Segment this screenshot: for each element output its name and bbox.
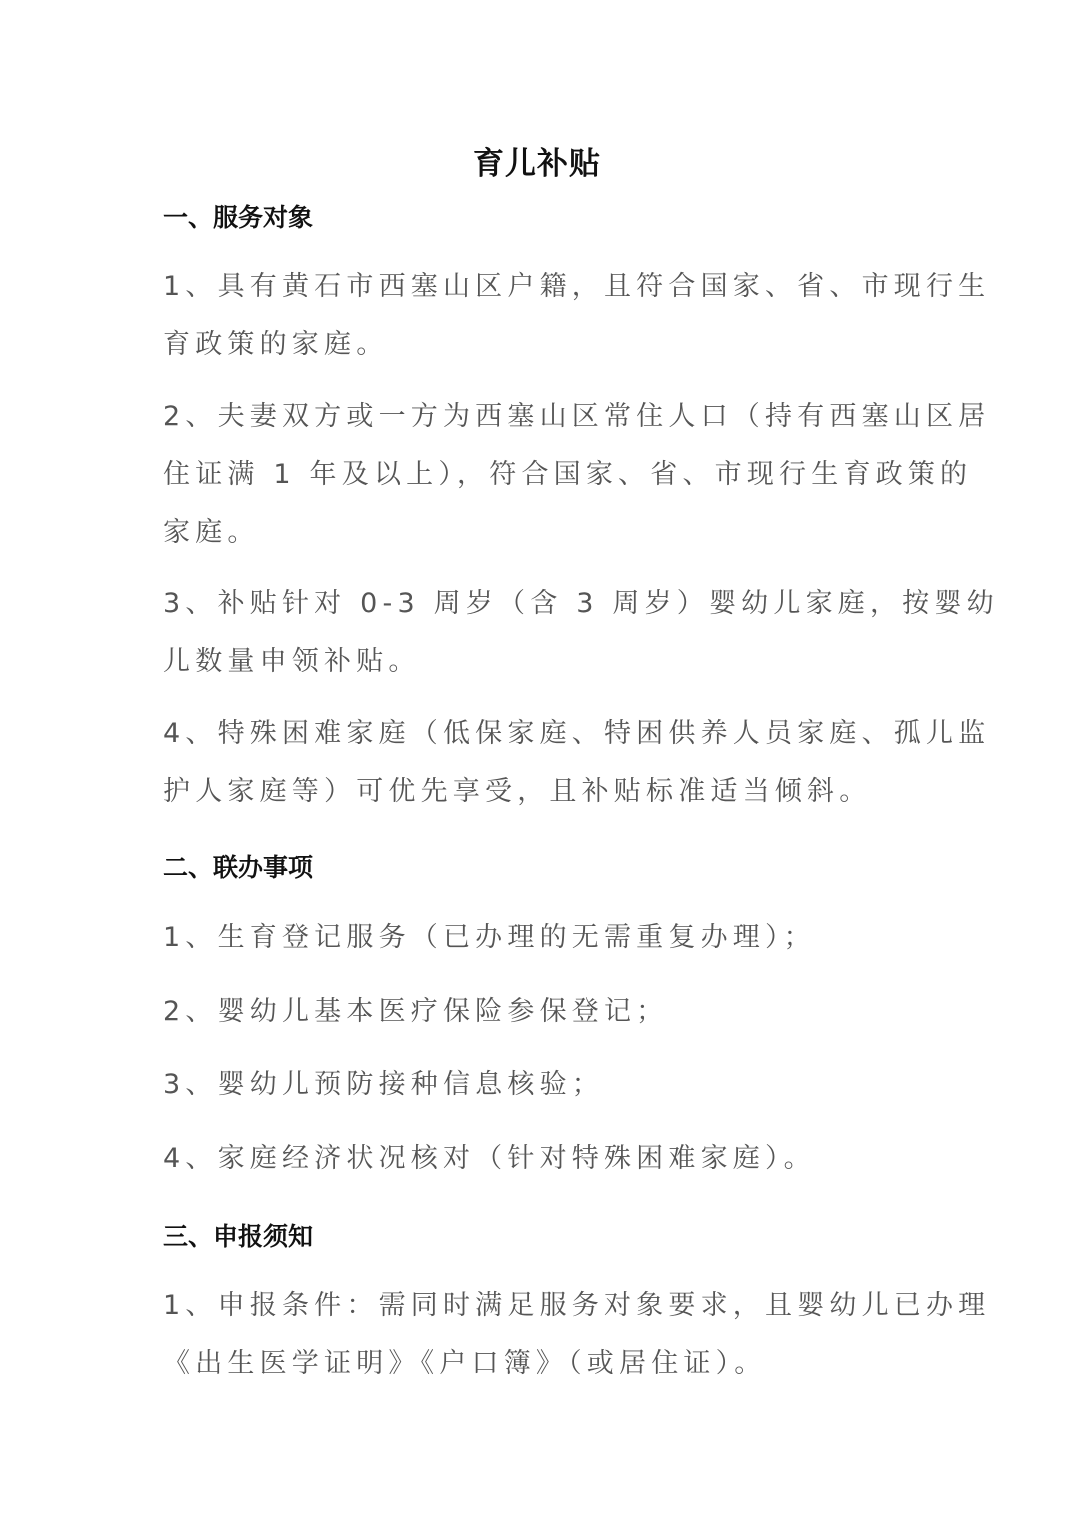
text-line: 2、夫妻双方或一方为西塞山区常住人口（持有西塞山区居	[163, 388, 903, 446]
text-line: 家庭。	[163, 504, 903, 562]
section-2-item-2: 2、婴幼儿基本医疗保险参保登记；	[163, 983, 903, 1041]
section-heading-service-targets: 一、服务对象	[163, 198, 313, 234]
document-title: 育儿补贴	[0, 138, 1074, 183]
text-line: 《出生医学证明》《户口簿》（或居住证）。	[163, 1335, 903, 1393]
section-2-item-4: 4、家庭经济状况核对（针对特殊困难家庭）。	[163, 1130, 903, 1188]
text-line: 4、特殊困难家庭（低保家庭、特困供养人员家庭、孤儿监	[163, 705, 903, 763]
text-line: 护人家庭等）可优先享受，且补贴标准适当倾斜。	[163, 763, 903, 821]
text-line: 3、婴幼儿预防接种信息核验；	[163, 1056, 903, 1114]
section-heading-joint-services: 二、联办事项	[163, 848, 313, 884]
text-line: 4、家庭经济状况核对（针对特殊困难家庭）。	[163, 1130, 903, 1188]
section-2-item-3: 3、婴幼儿预防接种信息核验；	[163, 1056, 903, 1114]
text-line: 育政策的家庭。	[163, 316, 903, 374]
text-line: 儿数量申领补贴。	[163, 633, 903, 691]
text-line: 住证满 1 年及以上），符合国家、省、市现行生育政策的	[163, 446, 903, 504]
section-1-item-4: 4、特殊困难家庭（低保家庭、特困供养人员家庭、孤儿监 护人家庭等）可优先享受，且…	[163, 705, 903, 821]
text-line: 2、婴幼儿基本医疗保险参保登记；	[163, 983, 903, 1041]
section-1-item-2: 2、夫妻双方或一方为西塞山区常住人口（持有西塞山区居 住证满 1 年及以上），符…	[163, 388, 903, 562]
section-3-item-1: 1、申报条件：需同时满足服务对象要求，且婴幼儿已办理 《出生医学证明》《户口簿》…	[163, 1277, 903, 1393]
document-page: 育儿补贴 一、服务对象 1、具有黄石市西塞山区户籍，且符合国家、省、市现行生 育…	[0, 0, 1074, 1520]
section-1-item-3: 3、补贴针对 0-3 周岁（含 3 周岁）婴幼儿家庭，按婴幼 儿数量申领补贴。	[163, 575, 903, 691]
section-heading-application-notes: 三、申报须知	[163, 1217, 313, 1253]
text-line: 1、申报条件：需同时满足服务对象要求，且婴幼儿已办理	[163, 1277, 903, 1335]
section-2-item-1: 1、生育登记服务（已办理的无需重复办理）；	[163, 909, 903, 967]
text-line: 1、具有黄石市西塞山区户籍，且符合国家、省、市现行生	[163, 258, 903, 316]
text-line: 3、补贴针对 0-3 周岁（含 3 周岁）婴幼儿家庭，按婴幼	[163, 575, 903, 633]
text-line: 1、生育登记服务（已办理的无需重复办理）；	[163, 909, 903, 967]
section-1-item-1: 1、具有黄石市西塞山区户籍，且符合国家、省、市现行生 育政策的家庭。	[163, 258, 903, 374]
